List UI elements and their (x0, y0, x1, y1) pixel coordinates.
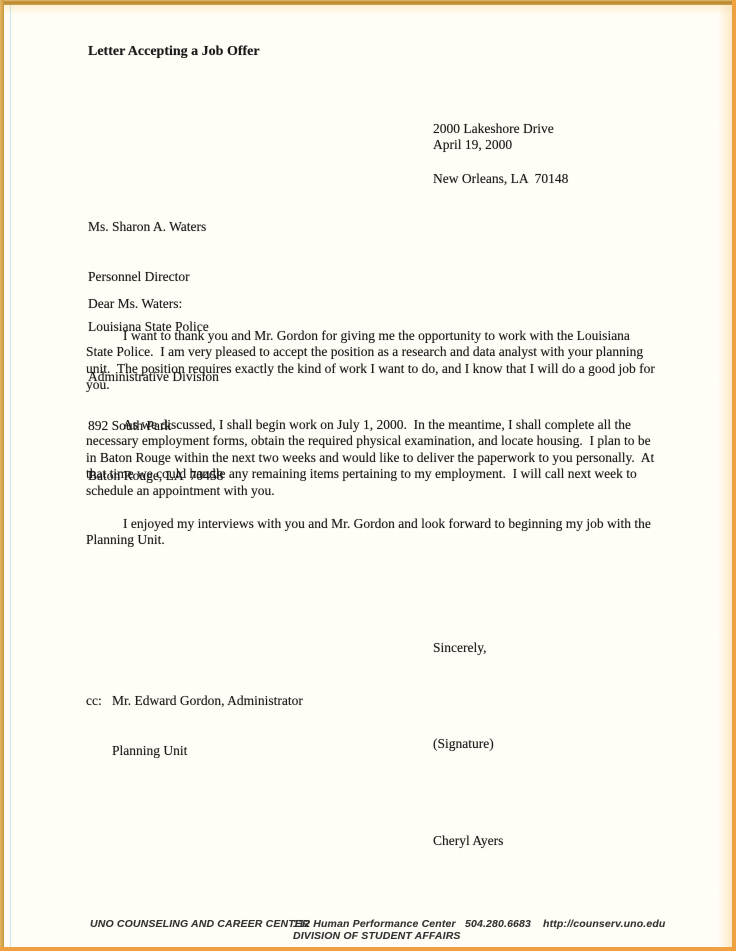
notebook-rule-line (10, 5, 11, 947)
frame-top-edge (0, 0, 736, 5)
return-address-line: New Orleans, LA 70148 (433, 171, 568, 188)
frame-top-glow (0, 5, 736, 15)
letter-date: April 19, 2000 (433, 137, 512, 154)
valediction: Sincerely, (433, 632, 503, 664)
return-address-line: 2000 Lakeshore Drive (433, 121, 568, 138)
body-paragraph-1: I want to thank you and Mr. Gordon for g… (86, 328, 658, 394)
cc-line-2: Planning Unit (112, 743, 303, 760)
frame-right-edge (732, 0, 736, 951)
recipient-line: Personnel Director (88, 269, 223, 286)
frame-left-edge (0, 0, 4, 951)
footer-organization: UNO COUNSELING AND CAREER CENTER (90, 918, 310, 930)
cc-label: cc: (86, 693, 112, 710)
footer-phone: 504.280.6683 (465, 918, 531, 930)
letter-title: Letter Accepting a Job Offer (88, 44, 260, 61)
return-address-block: 2000 Lakeshore Drive New Orleans, LA 701… (433, 88, 568, 220)
frame-bottom-edge (0, 947, 736, 951)
footer-address-line-1: 112 Human Performance Center (293, 918, 456, 930)
recipient-line: Ms. Sharon A. Waters (88, 219, 223, 236)
cc-line-1: cc: Mr. Edward Gordon, Administrator (86, 693, 303, 710)
sender-name: Cheryl Ayers (433, 825, 503, 857)
frame-right-glow (718, 0, 732, 951)
body-paragraph-2: As we discussed, I shall begin work on J… (86, 417, 658, 499)
footer-address-line-2: DIVISION OF STUDENT AFFAIRS (293, 930, 461, 942)
body-paragraph-3: I enjoyed my interviews with you and Mr.… (86, 516, 658, 549)
footer-url: http://counserv.uno.edu (543, 918, 665, 930)
closing-block: Sincerely, (Signature) Cheryl Ayers (433, 567, 503, 922)
salutation: Dear Ms. Waters: (88, 296, 182, 313)
cc-block: cc: Mr. Edward Gordon, Administrator Pla… (86, 660, 303, 793)
cc-recipient: Mr. Edward Gordon, Administrator (112, 693, 303, 710)
signature-placeholder: (Signature) (433, 728, 503, 760)
scanned-letter-page: Letter Accepting a Job Offer 2000 Lakesh… (0, 0, 736, 951)
